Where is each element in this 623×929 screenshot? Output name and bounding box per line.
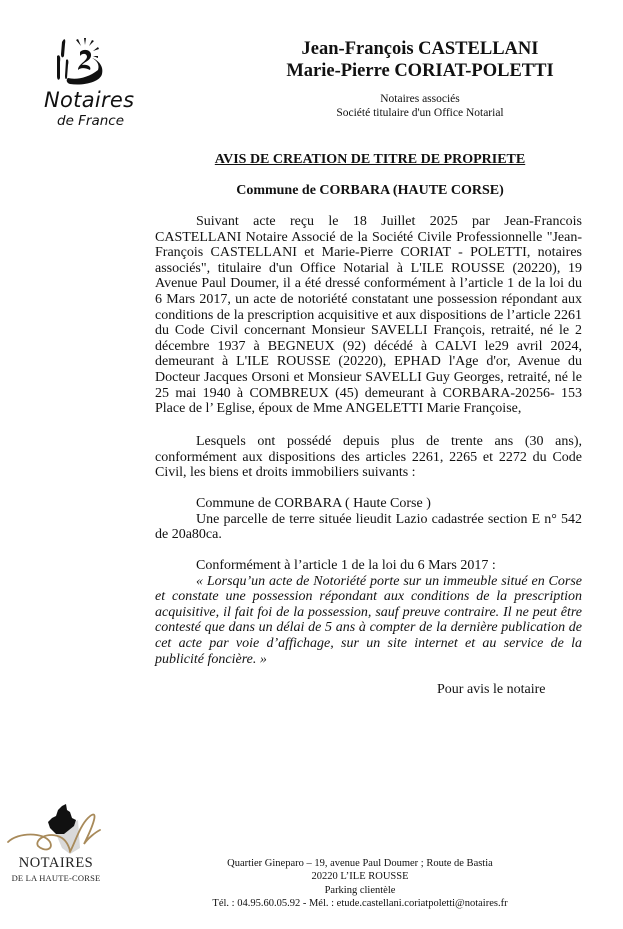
- footer-email-link[interactable]: etude.castellani.coriatpoletti@notaires.…: [337, 898, 508, 909]
- footer-contact: Quartier Gineparo – 19, avenue Paul Doum…: [190, 857, 530, 911]
- notary-names: Jean-François CASTELLANI Marie-Pierre CO…: [260, 38, 580, 82]
- footer-city: 20220 L’ILE ROUSSE: [190, 870, 530, 883]
- notaires-de-france-emblem-icon: [54, 34, 114, 89]
- firm-line-2: Société titulaire d'un Office Notarial: [260, 106, 580, 120]
- logo-text-haute-corse: DE LA HAUTE-CORSE: [6, 873, 106, 883]
- footer-address: Quartier Gineparo – 19, avenue Paul Doum…: [190, 857, 530, 870]
- property-description: Une parcelle de terre située lieudit Laz…: [155, 512, 582, 543]
- law-reference: Conformément à l’article 1 de la loi du …: [155, 558, 582, 574]
- law-quote: « Lorsqu’un acte de Notoriété porte sur …: [155, 574, 582, 668]
- notary-name-2: Marie-Pierre CORIAT-POLETTI: [260, 60, 580, 82]
- property-block: Commune de CORBARA ( Haute Corse ) Une p…: [155, 496, 582, 543]
- notaires-haute-corse-logo: NOTAIRES DE LA HAUTE-CORSE: [4, 800, 114, 890]
- notice-title: AVIS DE CREATION DE TITRE DE PROPRIETE: [150, 152, 590, 168]
- notice-paragraph-possession: Lesquels ont possédé depuis plus de tren…: [155, 434, 582, 481]
- logo-text-de-france: de France: [57, 113, 147, 129]
- law-block: Conformément à l’article 1 de la loi du …: [155, 558, 582, 667]
- signature-line: Pour avis le notaire: [437, 682, 545, 698]
- footer-phone: Tél. : 04.95.60.05.92 - Mél. :: [212, 898, 336, 909]
- firm-description: Notaires associés Société titulaire d'un…: [260, 92, 580, 120]
- logo-text-notaires: Notaires: [44, 88, 144, 112]
- corsica-map-n-monogram-icon: [4, 800, 114, 856]
- firm-line-1: Notaires associés: [260, 92, 580, 106]
- property-commune: Commune de CORBARA ( Haute Corse ): [155, 496, 582, 512]
- notice-subtitle: Commune de CORBARA (HAUTE CORSE): [150, 183, 590, 199]
- logo-text-notaires-caps: NOTAIRES: [6, 855, 106, 872]
- footer-contact-line: Tél. : 04.95.60.05.92 - Mél. : etude.cas…: [190, 897, 530, 910]
- notice-paragraph-deed: Suivant acte reçu le 18 Juillet 2025 par…: [155, 214, 582, 417]
- footer-parking: Parking clientèle: [190, 884, 530, 897]
- notary-name-1: Jean-François CASTELLANI: [260, 38, 580, 60]
- notaires-de-france-logo: Notaires de France: [44, 34, 134, 134]
